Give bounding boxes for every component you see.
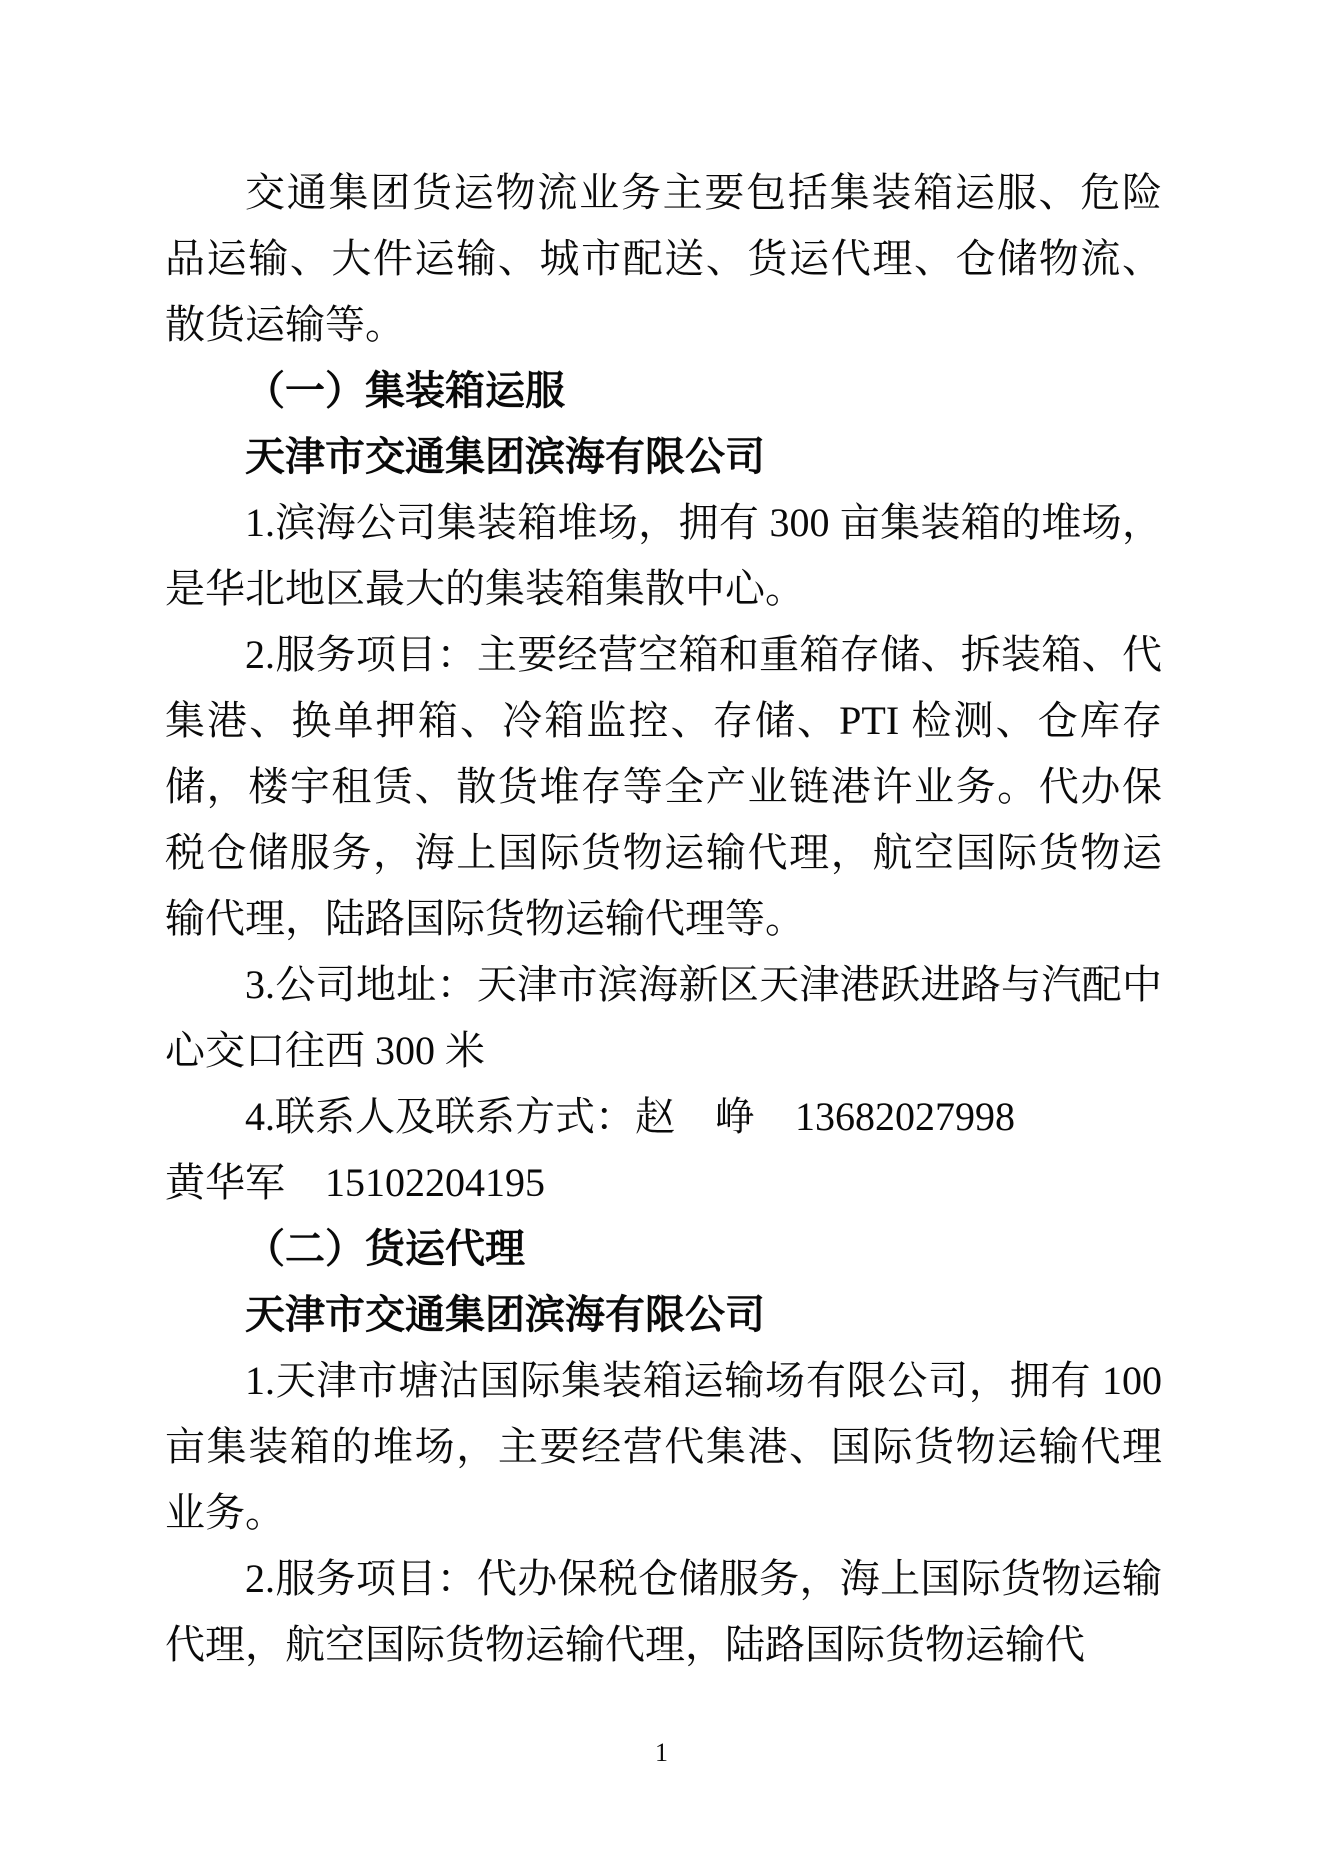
section2-company-name: 天津市交通集团滨海有限公司 — [165, 1282, 1162, 1348]
section1-heading: （一）集装箱运服 — [165, 358, 1162, 424]
page-number: 1 — [0, 1738, 1323, 1768]
section1-item-address: 3.公司地址：天津市滨海新区天津港跃进路与汽配中心交口往西 300 米 — [165, 952, 1162, 1084]
document-page: 交通集团货运物流业务主要包括集装箱运服、危险品运输、大件运输、城市配送、货运代理… — [0, 0, 1323, 1871]
section1-item-services: 2.服务项目：主要经营空箱和重箱存储、拆装箱、代集港、换单押箱、冷箱监控、存储、… — [165, 622, 1162, 952]
section1-company-name: 天津市交通集团滨海有限公司 — [165, 424, 1162, 490]
intro-paragraph: 交通集团货运物流业务主要包括集装箱运服、危险品运输、大件运输、城市配送、货运代理… — [165, 160, 1162, 358]
section1-item-yard: 1.滨海公司集装箱堆场，拥有 300 亩集装箱的堆场，是华北地区最大的集装箱集散… — [165, 490, 1162, 622]
document-content: 交通集团货运物流业务主要包括集装箱运服、危险品运输、大件运输、城市配送、货运代理… — [165, 160, 1162, 1678]
section1-contact-line2: 黄华军 15102204195 — [165, 1150, 1162, 1216]
section2-heading: （二）货运代理 — [165, 1216, 1162, 1282]
section1-item-contact: 4.联系人及联系方式：赵 峥 13682027998 — [165, 1084, 1162, 1150]
section2-item-services: 2.服务项目：代办保税仓储服务，海上国际货物运输代理，航空国际货物运输代理，陆路… — [165, 1546, 1162, 1678]
section2-item-yard: 1.天津市塘沽国际集装箱运输场有限公司，拥有 100 亩集装箱的堆场，主要经营代… — [165, 1348, 1162, 1546]
